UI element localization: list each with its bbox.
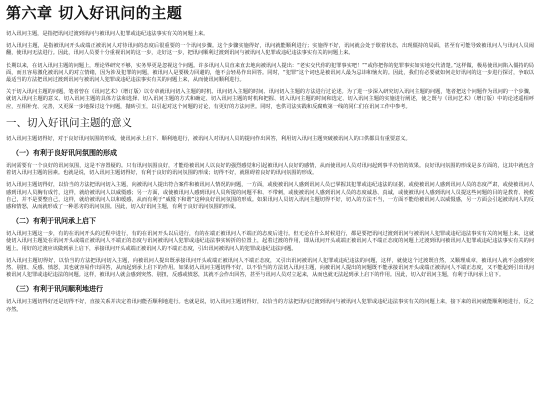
subsection-heading-2: （二）有利于讯问承上启下 <box>12 216 534 226</box>
intro-paragraph-1: 切入讯问主题，是指把讯问过渡到讯问与被讯问人犯罪或违纪违法事实有关的问题上来。 <box>6 31 534 38</box>
section-heading: 一、切入好讯问主题的意义 <box>6 117 534 130</box>
document-page: 第六章 切入好讯问的主题 切入讯问主题，是指把讯问过渡到讯问与被讯问人犯罪或违纪… <box>0 0 540 314</box>
subsection-heading-1: （一）有利于良好讯问氛围的形成 <box>12 148 534 158</box>
section-intro: 切入讯问主题切得好，对于良好讯问氛围的形成，使讯问承上启下、顺利地进行，被讯问人… <box>6 136 534 143</box>
subsection-2-paragraph-2: 切入讯问主题切得好，以恰当的方法把讯问切入主题，向被讯问人提出既承接讯问开头或端… <box>6 258 534 280</box>
subsection-1-paragraph-2: 切入讯问主题切得好，以恰当的方法把讯问切入主题，向被讯问人提出符合案件和被讯问人… <box>6 182 534 211</box>
intro-paragraph-4: 关于切入讯问主题的问题，笔者曾在《讯问艺术》（增订版）以专章就讯问切入主题的时机… <box>6 89 534 111</box>
chapter-title: 第六章 切入好讯问的主题 <box>6 4 534 22</box>
subsection-heading-3: （三）有利于讯问顺利地进行 <box>12 284 534 294</box>
intro-paragraph-3: 长期以来，在切入讯问主题的问题上，理论界研究不够，实务界更是忽视这个问题。许多讯… <box>6 63 534 85</box>
subsection-2-paragraph-1: 切入讯问主题这一步，有的在讯问开头的过程中进行，有的在讯问开头以后进行，有的在端… <box>6 231 534 253</box>
subsection-3-paragraph-1: 切入讯问主题切得好还是切得不好，直接关系并决定着讯问能否顺利地进行。也就是说，切… <box>6 299 534 313</box>
subsection-1-paragraph-1: 讯问需要有一个良好的讯问氛围，这是不容置疑的。只有讯问氛围良好，才能给被讯问人以… <box>6 163 534 177</box>
intro-paragraph-2: 切入讯问主题，是指被讯问开头或端正被讯问人对待讯问的态度后很重要的一个讯问步骤。… <box>6 43 534 57</box>
